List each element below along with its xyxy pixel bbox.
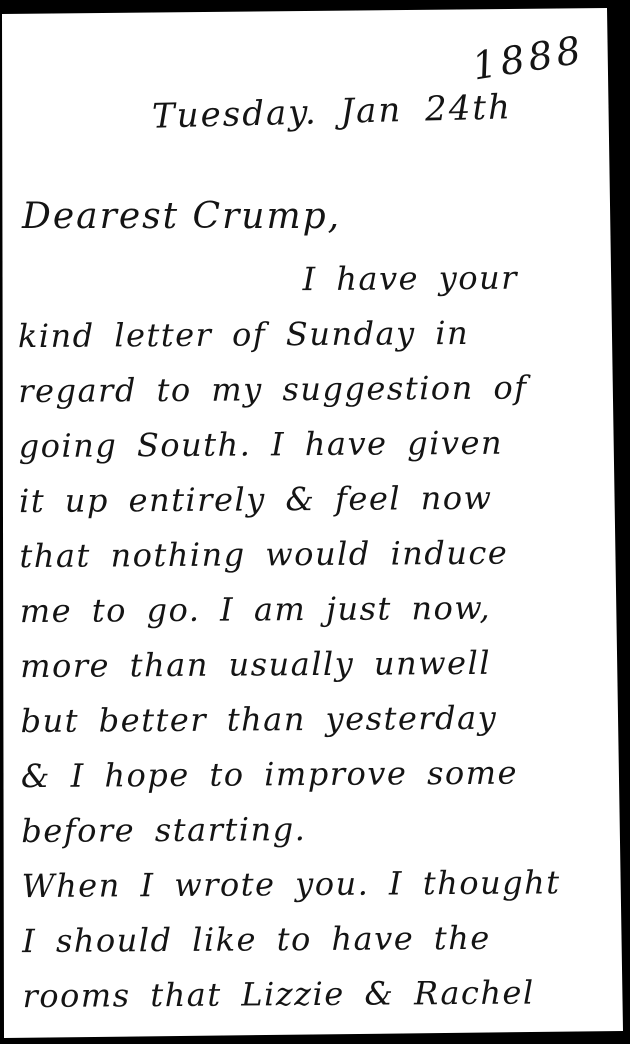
letter-line: regard to my suggestion of (18, 360, 614, 419)
letter-line: but better than yesterday (20, 690, 616, 749)
letter-line: I have your (17, 250, 613, 309)
letter-line: going South. I have given (18, 415, 614, 474)
letter-line: before starting. (21, 800, 617, 859)
letter-line: that nothing would induce (19, 525, 615, 584)
salutation: Dearest Crump, (22, 196, 341, 237)
letter-body: I have your kind letter of Sunday in reg… (17, 250, 618, 1024)
letter-line: I should like to have the (22, 910, 618, 969)
scanned-letter: 1888 Tuesday. Jan 24th Dearest Crump, I … (0, 0, 630, 1044)
letter-line: it up entirely & feel now (19, 470, 615, 529)
letter-line: & I hope to improve some (21, 745, 617, 804)
letter-line: more than usually unwell (20, 635, 616, 694)
letter-line: me to go. I am just now, (20, 580, 616, 639)
letter-line: rooms that Lizzie & Rachel (22, 965, 618, 1024)
letter-line: When I wrote you. I thought (22, 855, 618, 914)
letter-line: kind letter of Sunday in (18, 305, 614, 364)
